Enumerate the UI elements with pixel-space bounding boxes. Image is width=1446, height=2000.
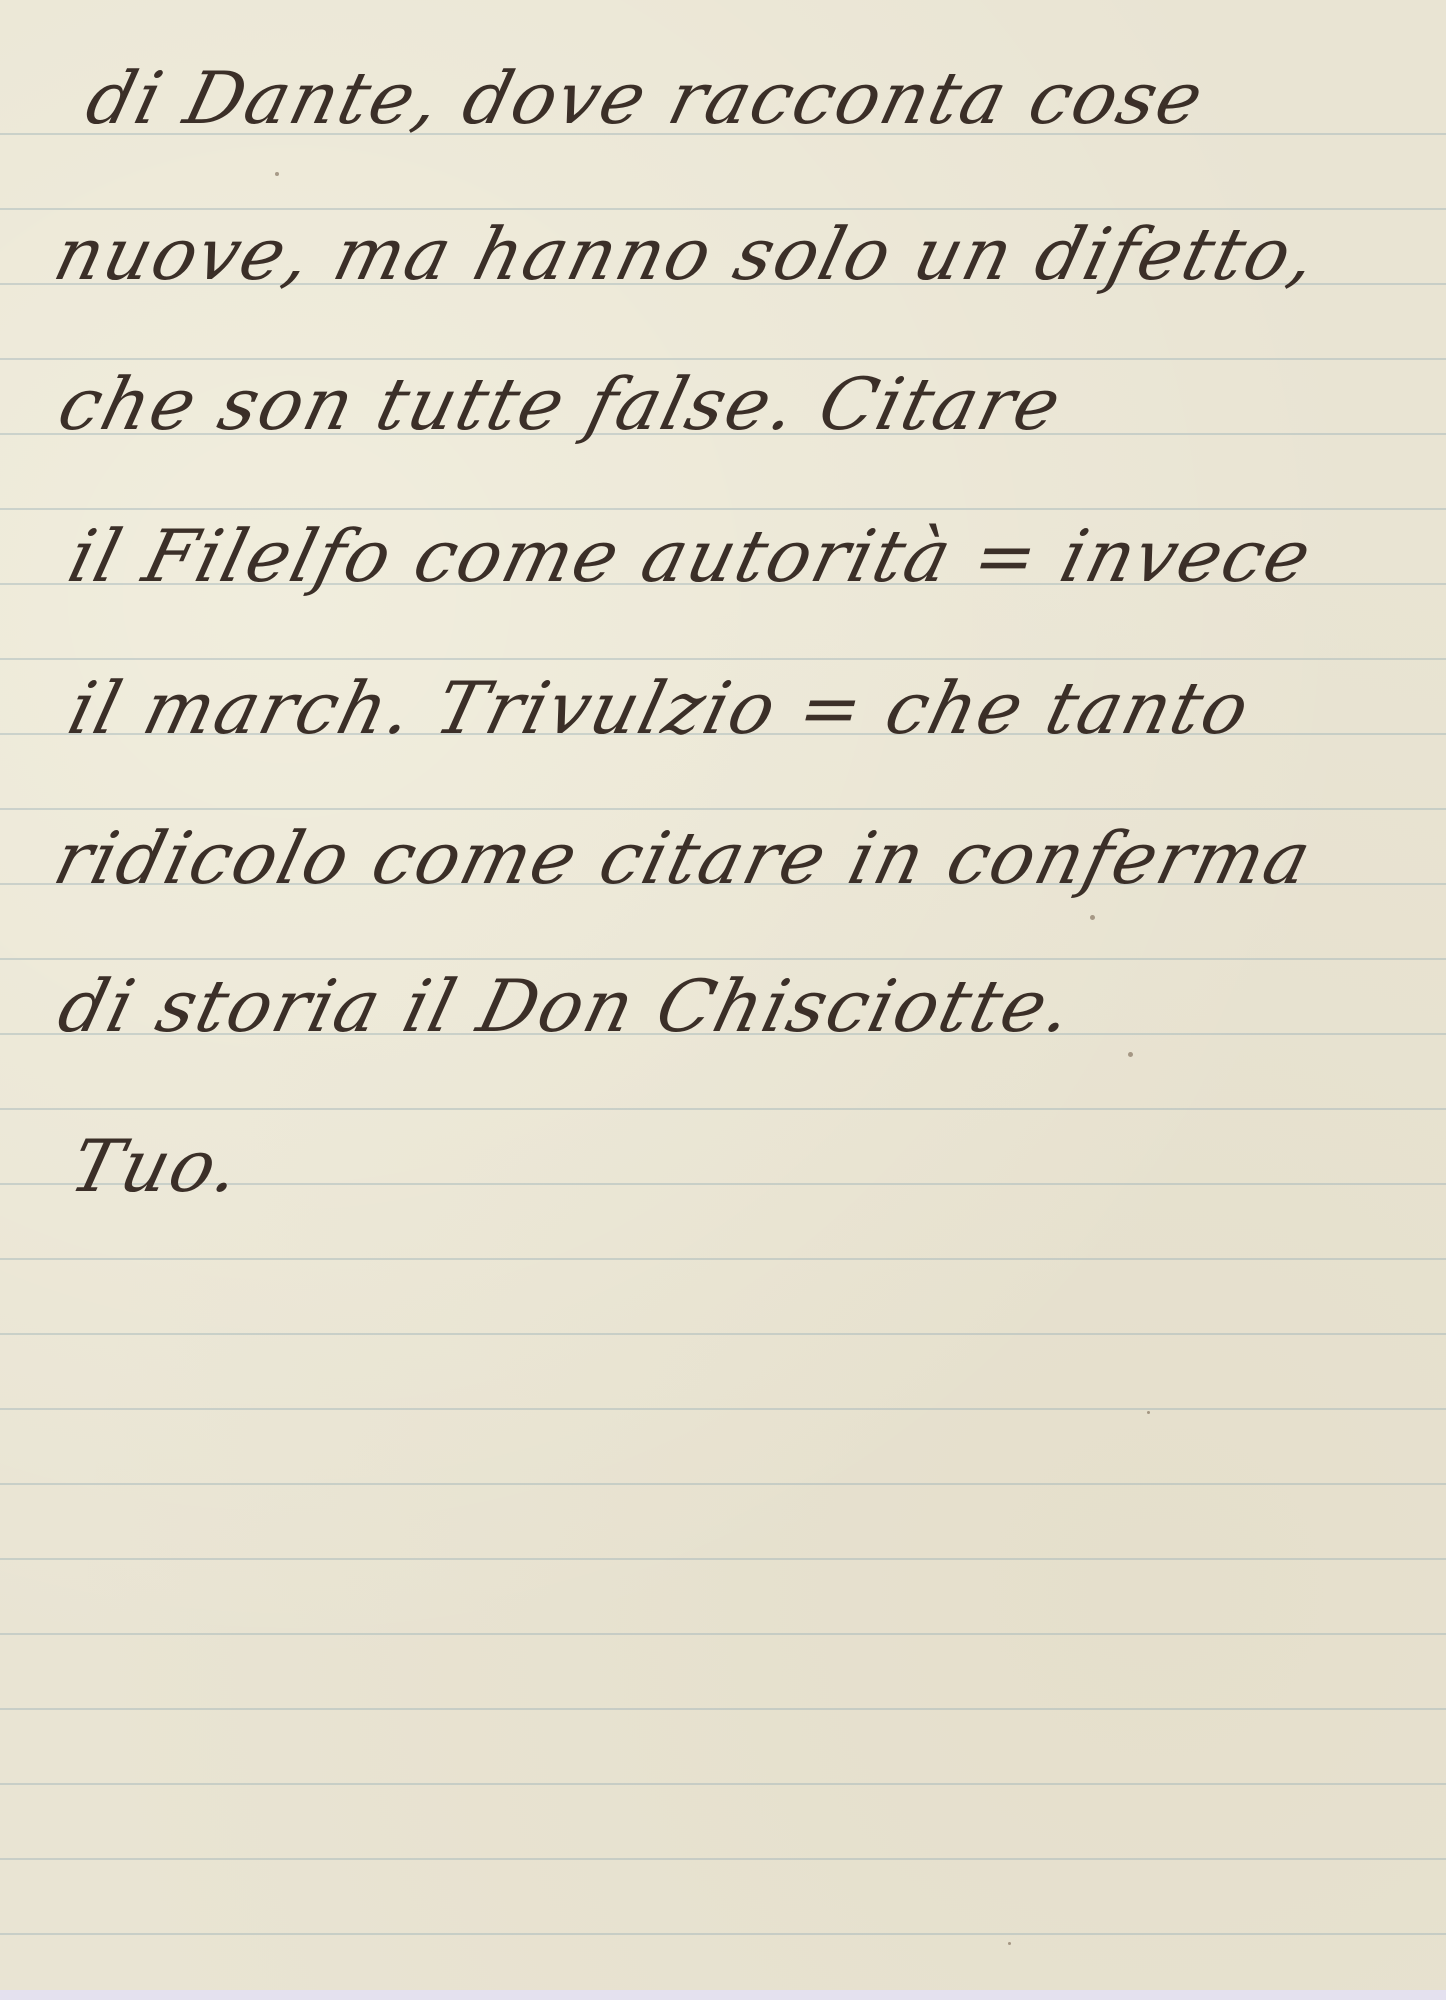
handwritten-line-3: che son tutte false. Citare [52, 368, 1069, 440]
ruled-line [0, 208, 1446, 210]
ruled-line [0, 1633, 1446, 1635]
ruled-line [0, 1708, 1446, 1710]
paper-speck [1090, 915, 1095, 920]
ruled-line [0, 958, 1446, 960]
ruled-line [0, 1258, 1446, 1260]
paper-speck [1147, 1411, 1150, 1414]
ruled-line [0, 1483, 1446, 1485]
letter-page: ​ di Dante, dove racconta cose nuove, ma… [0, 0, 1446, 1990]
ruled-line [0, 1333, 1446, 1335]
ruled-line [0, 1558, 1446, 1560]
paper-speck [275, 172, 279, 176]
ruled-line [0, 358, 1446, 360]
handwritten-line-7: di storia il Don Chisciotte. [52, 970, 1081, 1042]
ruled-line [0, 1858, 1446, 1860]
ruled-line [0, 508, 1446, 510]
ruled-line [0, 1783, 1446, 1785]
handwritten-line-5: il march. Trivulzio = che tanto [62, 672, 1258, 744]
handwritten-line-4: il Filelfo come autorità = invece [62, 520, 1319, 592]
ruled-line [0, 658, 1446, 660]
ruled-line [0, 808, 1446, 810]
handwritten-line-1: di Dante, dove racconta cose [80, 62, 1212, 134]
paper-speck [1008, 1942, 1011, 1945]
ruled-line [0, 1933, 1446, 1935]
handwritten-line-2: nuove, ma hanno solo un difetto, [48, 218, 1325, 290]
handwritten-closing: Tuo. [64, 1130, 249, 1202]
ruled-line [0, 1408, 1446, 1410]
paper-speck [1128, 1052, 1133, 1057]
ruled-line [0, 1108, 1446, 1110]
handwritten-line-6: ridicolo come citare in conferma [48, 822, 1319, 894]
